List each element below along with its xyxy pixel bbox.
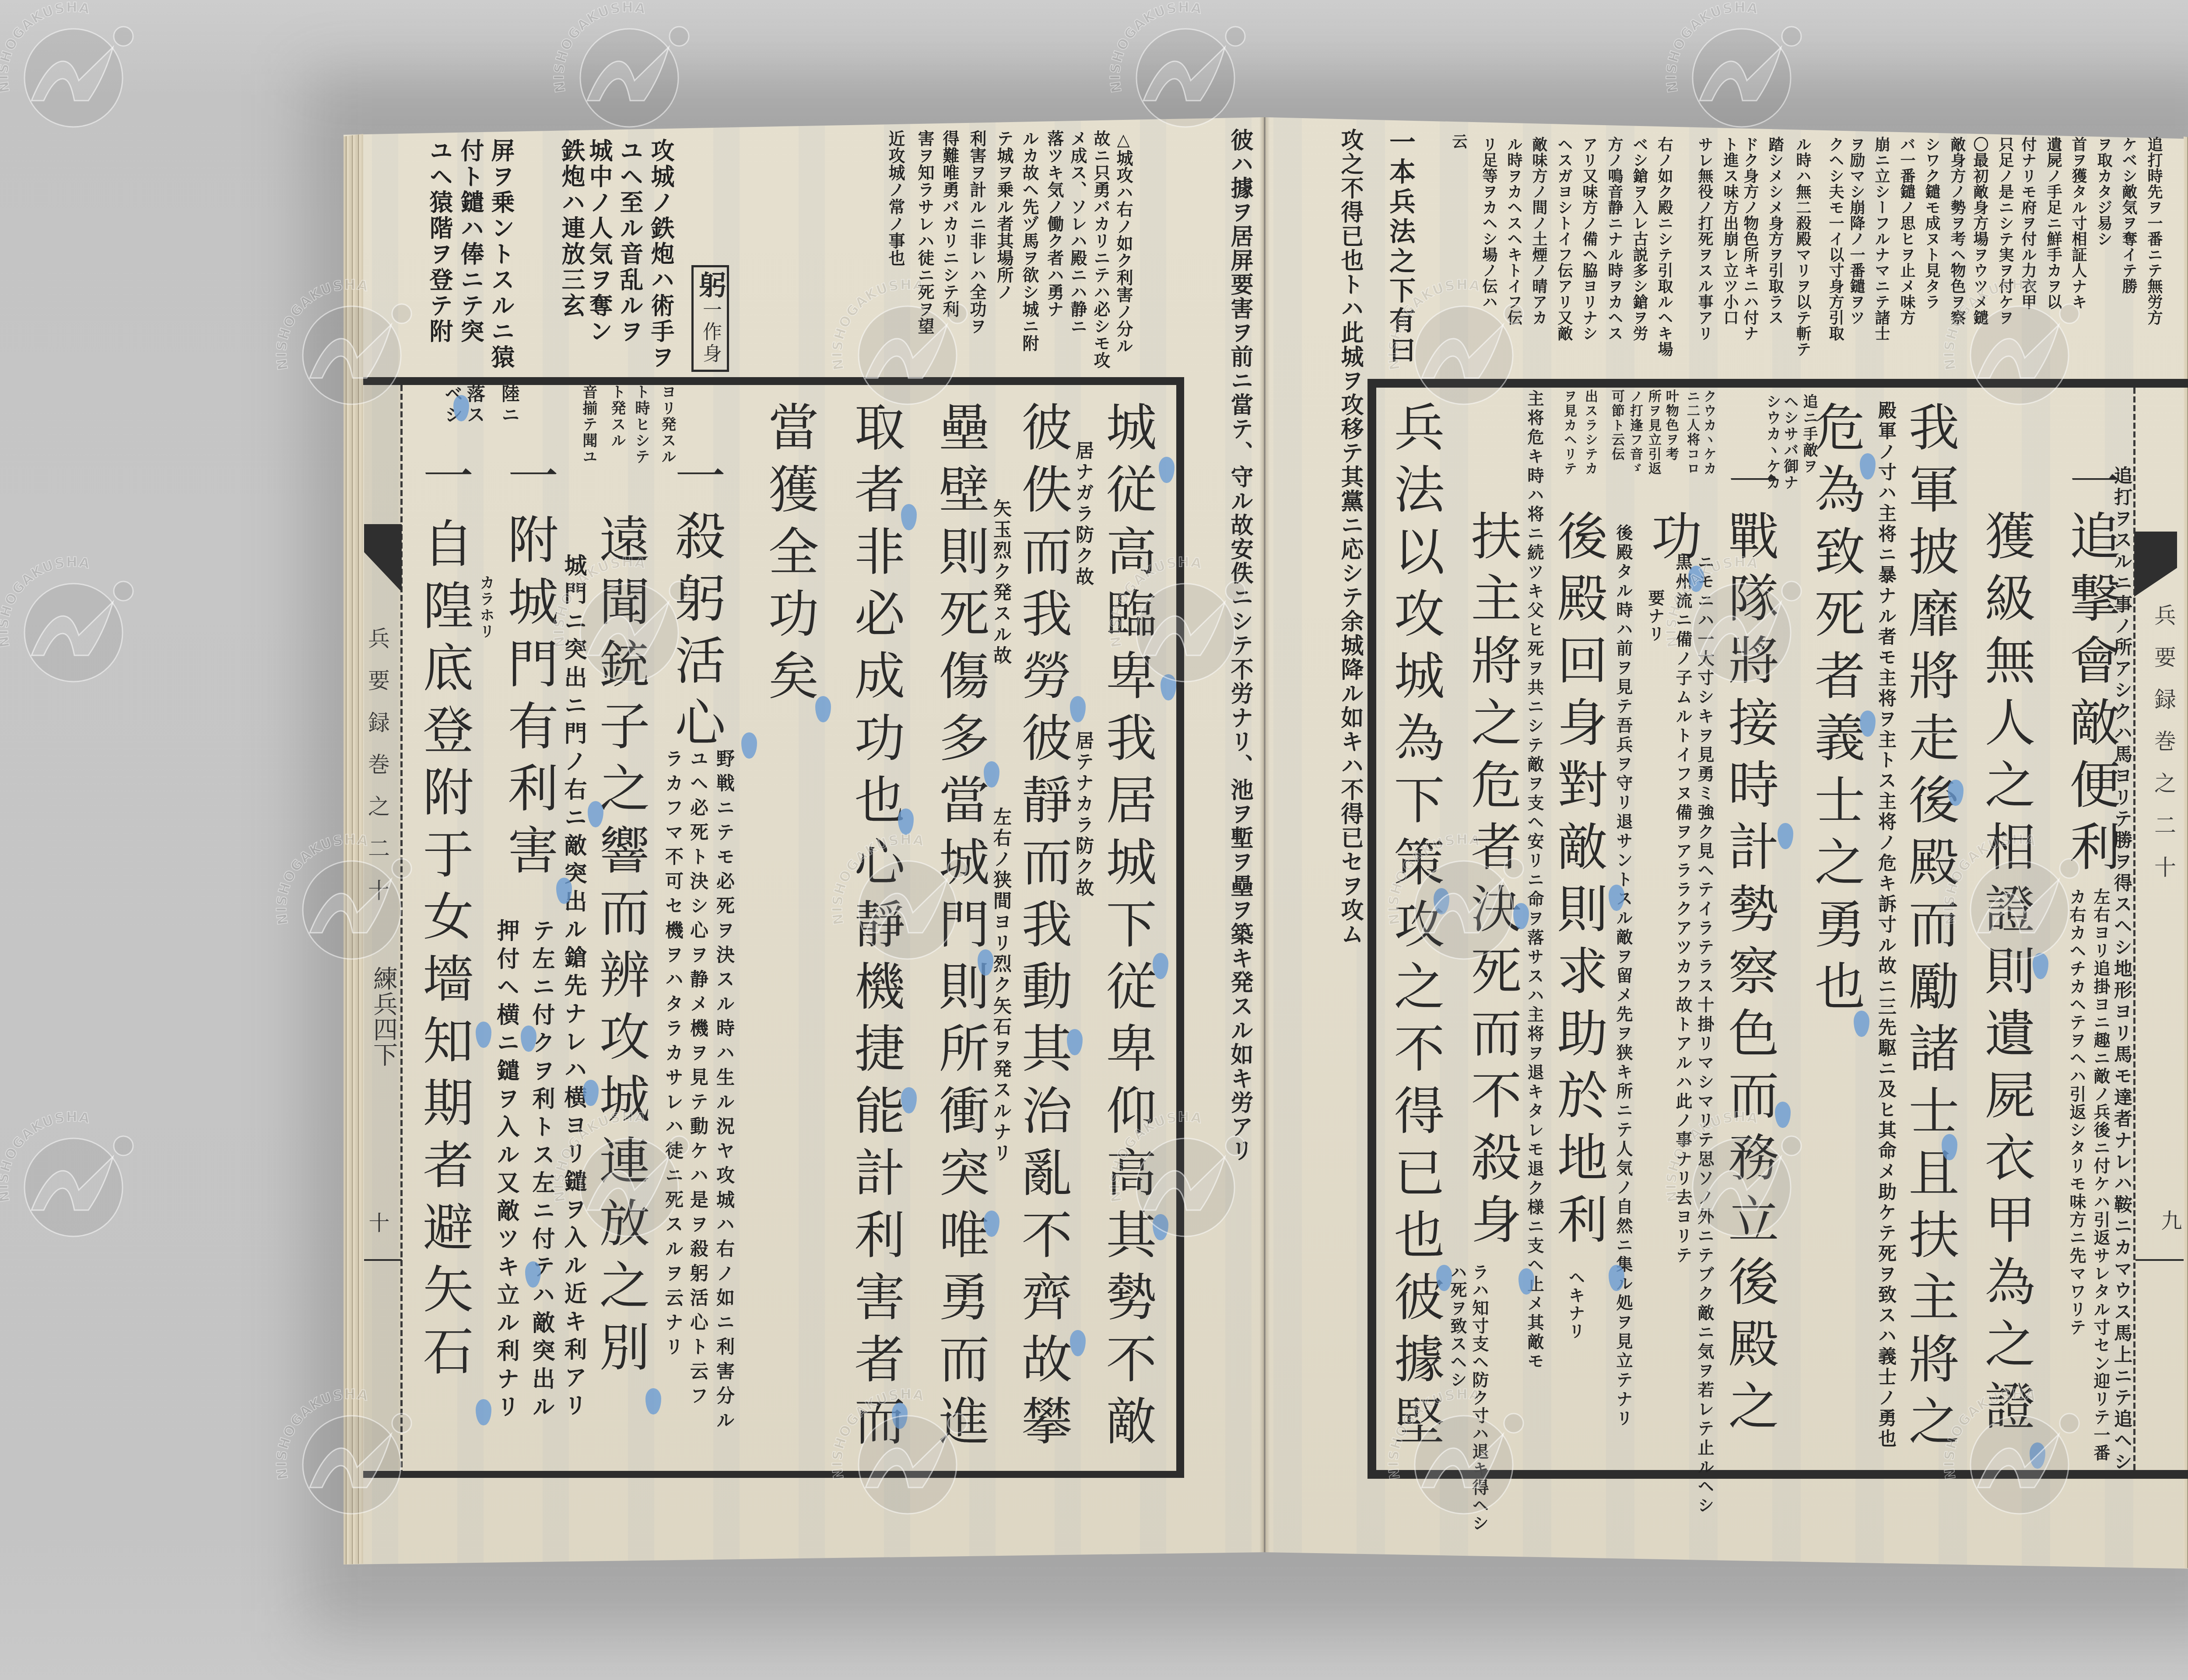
annotation: 居テナカラ防ク故 <box>1074 731 1093 899</box>
headnote: ルカ故ヘ先ヅ馬ヲ欲シ城ニ附 <box>1021 130 1038 352</box>
headnote: 方ノ鳴音静ニナル時ヲカヘス <box>1606 136 1622 341</box>
headnote: 敵身方ノ勢ヲ考ヘ物色ヲ察 <box>1949 136 1964 325</box>
headnote: ケベシ敵気ヲ奪イテ勝 <box>2121 136 2136 294</box>
headnote: 鉄炮ハ連放三玄 <box>560 138 583 319</box>
item-bullet: 一 <box>2065 455 2116 518</box>
annotation: ト時ヒシテ <box>634 384 649 465</box>
main-text-column: 殺躬活心 <box>670 510 721 758</box>
annotation: ノ打逢フ音ゞ <box>1628 389 1641 476</box>
main-text-column: 危為致死者義士之勇也 <box>1810 401 1861 1022</box>
annotation: 所ヲ見立引返 <box>1647 389 1660 476</box>
annotation: ラハ知寸支ヘ防ク寸ハ退キ得ヘシ <box>1471 1263 1487 1533</box>
left-margin-title: 兵要録巻之二十 <box>366 627 388 921</box>
annotation: 音揃テ聞ユ <box>581 384 596 465</box>
main-text-column: 彼佚而我勞彼靜而我動其治亂不齊故攀 <box>1017 401 1068 1457</box>
annotation: 出スラシテカ <box>1583 389 1596 476</box>
annotation: ヲ見カヘリテ <box>1562 389 1575 476</box>
headnote: 首ヲ獲タル寸相証人ナキ <box>2070 136 2086 310</box>
annotation: 黒州流ニ備ノ子ムルトイフヌ備ヲアララクアツカフ故トアルハ此ノ事ナリ去ヨリテ <box>1674 553 1691 1266</box>
annotation: カ右カヘチカヘテヲヘハ引返シタリモ味方ニ先マワリテ <box>2068 888 2085 1337</box>
right-frame-top <box>1367 379 2188 388</box>
annotation: 追打ヲスルニ事ノ所アシクハ馬ヨリテ勝ヲ得スヘシ地形ヨリ馬モ達者ナレハ鞍ニカマウス… <box>2113 466 2131 1473</box>
main-text-column: 取者非必成功也心靜機捷能計利害者而 <box>850 401 901 1457</box>
annotation: 要ナリ <box>1647 589 1663 643</box>
left-margin-rule <box>364 1259 402 1261</box>
headnote: ユヘ猿階ヲ登テ附 <box>428 138 451 345</box>
annotation: 陸ニ <box>500 384 519 426</box>
gutter-note: 彼ハ據ヲ居屏要害ヲ前ニ當テ、守ル故安佚ニシテ不労ナリ、池ヲ塹ヲ壘ヲ築キ発スル如キ… <box>1228 128 1251 1163</box>
left-frame-bottom <box>363 1471 1184 1478</box>
watermark-logo-icon <box>0 0 133 127</box>
watermark-logo-icon <box>0 554 133 682</box>
headnote: ユヘ至ル音乱ルヲ <box>618 138 642 345</box>
headnote: ベシ鎗ヲ入レ古説多シ鎗ヲ労 <box>1631 136 1647 341</box>
headnote: 城中ノ人気ヲ奪ン <box>587 138 611 345</box>
headnote: サレ無役ノ打死ヲスル事アリ <box>1697 136 1712 341</box>
headnote: 崩ニ立シーフルナマニテ諸士 <box>1873 136 1889 341</box>
headnote: 故ニ只勇バカリニテハ必シモ攻 <box>1092 130 1109 369</box>
headnote: ヲ励マシ崩降ノ一番鑓ヲツ <box>1848 136 1864 325</box>
headnote: 近攻城ノ常ノ事也 <box>887 130 904 266</box>
annotation: 叶物色ヲ考 <box>1664 389 1677 462</box>
main-text-column: 當獲全功矣 <box>764 401 814 711</box>
headnote: 遺屍ノ手足ニ鮮手カヲ以 <box>2045 136 2061 310</box>
headnote: 屏ヲ乗ントスルニ猿 <box>489 138 513 371</box>
main-text-column: 扶主將之危者決死而不殺身 <box>1466 510 1517 1255</box>
annotation: 殿軍ノ寸ハ主将ニ暴ナル者モ主将ヲ主トス主将ノ危キ訴寸ル故ニ三先駆ニ及ヒ其命メ助ケ… <box>1877 401 1895 1449</box>
headnote: バ一番鑓ノ思ヒヲ止メ味方 <box>1899 136 1914 325</box>
headnote: 得難唯勇バカリニシテ利 <box>941 130 958 318</box>
item-bullet: 一 <box>418 450 469 512</box>
right-margin-title: 兵要録巻之二十 <box>2153 604 2174 898</box>
annotation: 野戦ニテモ必死ヲ決スル時ハ生ル況ヤ攻城ハ右ノ如ニ利害分ル <box>715 749 733 1435</box>
book-photo: 兵要録巻之二十 練兵四下 十 兵要録巻之二十 九 △城攻ハ右ノ如ク利害ノ分ル 故… <box>0 0 2188 1680</box>
main-text-column: 後殿回身對敵則求助於地利 <box>1553 510 1603 1255</box>
annotation: 左右ヨリ追掛ヨニ趣ニ敵ノ兵後ニ付ケハ引返サレタル寸セン迎リテ一番 <box>2092 888 2109 1462</box>
headnote: 敵味方ノ間ノ土煙ノ晴アカ <box>1531 136 1546 325</box>
right-leaf-number: 九 <box>2159 1210 2180 1231</box>
ruby-reading: カラホリ <box>478 575 493 640</box>
main-text-column: 戰隊將接時計勢察色而務立後殿之 <box>1724 510 1774 1442</box>
left-frame-inner <box>1176 377 1184 1478</box>
left-margin-section: 練兵四下 <box>371 966 396 1067</box>
headnote: 害ヲ知ラサレハ徒ニ死ヲ望 <box>916 130 933 335</box>
annotation: ヨリ発スル <box>660 384 675 465</box>
annotation: 主将危キ時ハ将ニ続ツキ父ヒ死ヲ共ニシテ敵ヲ支ヘ安リニ命ヲ落サスハ主将ヲ退キタレモ… <box>1526 390 1543 1372</box>
annotation: ヘシサバ御ナ <box>1782 394 1797 491</box>
headnote: 攻城ノ鉄炮ハ術手ヲ <box>649 138 673 371</box>
annotation: シウカヽケカ <box>1765 394 1780 491</box>
headnote: 〇最初敵身方場ヲウツメ鑓 <box>1972 136 1987 325</box>
main-text-column: 獲級無人之相證則遺屍衣甲為之證 <box>1980 510 2031 1442</box>
annotation: 矢玉烈ク発スル故 <box>992 499 1010 667</box>
main-text-column: 兵法以攻城為下策攻之不得已也彼據堅 <box>1389 401 1440 1457</box>
headnote: 付ナリモ府ヲ付ル力衣甲 <box>2020 136 2035 310</box>
headnote: クヘシ夫モ一イ以寸身方引取 <box>1827 136 1843 341</box>
headnote: 落ツキ気ノ働ク者ハ勇ナ <box>1046 130 1062 318</box>
watermark-logo-icon <box>0 1109 133 1236</box>
annotation: ニモニハ一大寸シキヲ見勇ミ強ク見ヘテイラテラス十掛リマシマリテ思ソノ外ニテブク敵… <box>1696 553 1713 1516</box>
gutter-heading: 一本兵法之下有曰 <box>1387 128 1413 366</box>
headnote: テ城ヲ乗ル者其場所ノ <box>996 130 1012 301</box>
item-bullet: 一 <box>503 450 554 512</box>
annotation: ニ二人将コロ <box>1685 389 1698 476</box>
center-fold <box>1259 117 1270 1552</box>
headnote: メ成ス、ソレハ殿ニハ静ニ <box>1069 130 1086 335</box>
headnote: △城攻ハ右ノ如ク利害ノ分ル <box>1115 130 1132 354</box>
annotation: ユヘ必死ト決シ心ヲ静メ機ヲ見テ動ケハ是ヲ殺躬活心ト云フ <box>689 749 707 1410</box>
item-bullet: 一 <box>670 450 721 512</box>
main-text-column: 壘壁則死傷多當城門則所衝突唯勇而進 <box>934 401 985 1457</box>
headnote: ル時ハ無二殺殿マリヲ以テ斬テ <box>1795 136 1810 357</box>
annotation: ヘキナリ <box>1567 1269 1584 1340</box>
annotation: ハ死ヲ致スヘシ <box>1449 1263 1466 1389</box>
variant-char: 躬 <box>697 271 724 298</box>
right-frame-bottom <box>1367 1470 2188 1479</box>
left-frame-top <box>363 377 1184 385</box>
headnote: 付ト鑓ハ俸ニテ突 <box>459 138 482 345</box>
headnote: シワク鑓モ成ヌト見タラ <box>1924 136 1939 310</box>
main-text-column: 追撃會敵便利 <box>2065 510 2116 882</box>
main-text-column: 附城門有利害 <box>503 513 554 886</box>
main-text-column: 我軍披靡將走後殿而勵諸士且扶主將之 <box>1904 401 1955 1457</box>
variant-note: 一作身 <box>701 300 720 365</box>
left-leaf-number: 十 <box>367 1212 388 1233</box>
main-text-column: 城従高臨卑我居城下従卑仰高其勢不敵 <box>1101 401 1152 1457</box>
right-margin-rule <box>2135 1259 2184 1261</box>
gutter-note: 攻之不得已也トハ此城ヲ攻移テ其黨ニ応シテ余城降ル如キハ不得已セヲ攻ム <box>1339 128 1361 946</box>
annotation: 可節ト云伝 <box>1610 389 1623 462</box>
headnote: アリ又味方ノ備ヘ脇ヨリナシ <box>1581 136 1596 341</box>
annotation: ト発スル <box>610 384 624 449</box>
headnote: リ足等ヲカヘシ場ノ伝ハ <box>1481 136 1496 310</box>
right-frame-inner <box>1367 379 1376 1479</box>
variant-reading-box: 躬 一作身 <box>691 265 729 372</box>
headnote: 云 <box>1451 133 1466 149</box>
annotation: ラカフマ不可セ機ヲハタラカサレハ徒ニ死スルヲ云ナリ <box>664 749 682 1361</box>
annotation: 後殿タル時ハ前ヲ見テ吾兵ヲ守リ退サントスル敵ヲ留メ先ヲ狭キ所ニテ人気ノ自然ニ集ル… <box>1615 524 1631 1429</box>
headnote: 追打時先ヲ一番ニテ無労方 <box>2146 136 2161 325</box>
headnote: 右ノ如ク殿ニシテ引取ルヘキ場 <box>1656 136 1672 357</box>
annotation: 居ナガラ防ク故 <box>1074 441 1093 588</box>
headnote: ドク身方ノ物色所キニハ付ナ <box>1742 136 1757 341</box>
annotation: 追ニ手敵ヲ <box>1802 394 1816 475</box>
headnote: ト進ス味方出崩レ立ツ小口 <box>1722 136 1737 325</box>
headnote: ヲ取カタジ易シ <box>2096 136 2111 247</box>
headnote: ヘスガヨシトイフ伝アリ又敵 <box>1556 136 1571 341</box>
headnote: 利害ヲ計ルニ非レハ全功ヲ <box>968 130 985 335</box>
annotation: 押付ヘ横ニ鑓ヲ入ル又敵ツキ立ル利ナリ <box>494 919 517 1423</box>
headnote: 踏シメシメ身方ヲ引取ラス <box>1767 136 1782 325</box>
main-text-column: 遠聞銃子之響而辨攻城連放之別 <box>595 513 645 1383</box>
annotation: 左右ノ狭間ヨリ烈ク矢石ヲ発スルナリ <box>992 807 1010 1164</box>
annotation: 城門ニ突出ニ門ノ右ニ敵突出ル鎗先ナレハ横ヨリ鑓ヲ入ル近キ利アリ <box>562 553 585 1421</box>
headnote: ル時ヲカヘスヘキトイフ伝 <box>1506 136 1521 325</box>
annotation: クウカヽケカ <box>1702 389 1715 476</box>
headnote: 只足ノ是ニシテ実ヲ付ケヲ <box>1997 136 2013 325</box>
annotation: テ左ニ付クヲ利トス左ニ付テハ敵突出ル <box>530 919 553 1423</box>
main-text-column: 自隍底登附于女墻知期者避矢石 <box>418 517 469 1387</box>
